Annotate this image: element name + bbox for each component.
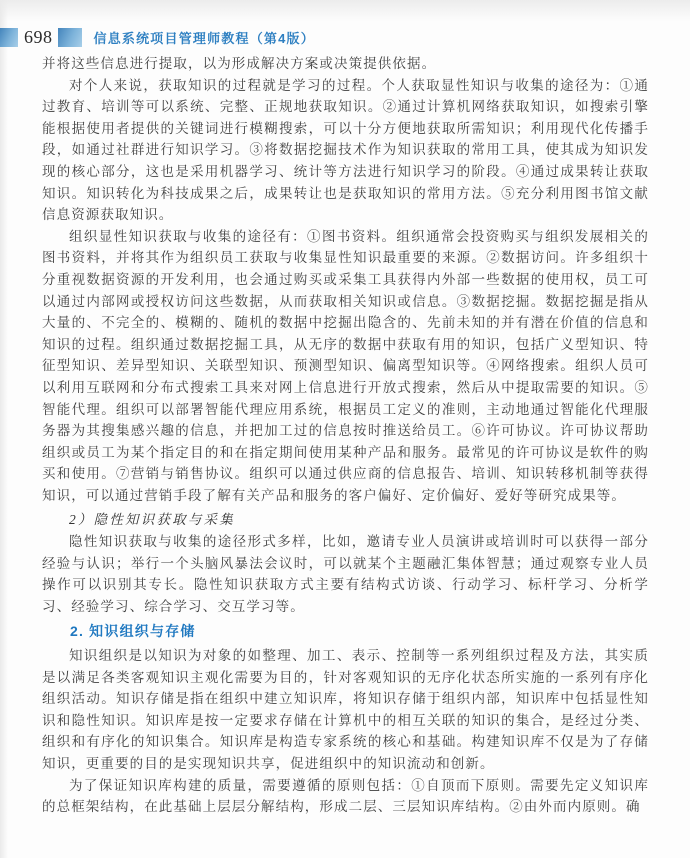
page-number: 698 — [18, 28, 58, 47]
subsection-heading-tacit-knowledge-acquisition: 2）隐性知识获取与采集 — [42, 509, 649, 531]
paragraph-knowledge-organization-definition: 知识组织是以知识为对象的如整理、加工、表示、控制等一系列组织过程及方法，其实质是… — [42, 645, 649, 775]
paragraph-org-explicit-knowledge-channels: 组织显性知识获取与收集的途径有：①图书资料。组织通常会投资购买与组织发展相关的图… — [42, 226, 649, 507]
book-page: 698 信息系统项目管理师教程（第4版） 并将这些信息进行提取，以为形成解决方案… — [0, 0, 690, 858]
paragraph-knowledge-base-principles: 为了保证知识库构建的质量，需要遵循的原则包括：①自顶而下原则。需要先定义知识库的… — [42, 775, 649, 818]
page-header: 698 信息系统项目管理师教程（第4版） — [0, 28, 315, 47]
scan-edge-left — [0, 0, 8, 858]
book-title: 信息系统项目管理师教程（第4版） — [94, 28, 315, 47]
paragraph-personal-knowledge-acquisition: 对个人来说，获取知识的过程就是学习的过程。个人获取显性知识与收集的途径为：①通过… — [42, 75, 649, 226]
section-heading-knowledge-organization-storage: 2. 知识组织与存储 — [42, 621, 649, 643]
header-accent-block-right — [58, 28, 82, 47]
header-accent-block-left — [0, 28, 18, 47]
scan-edge-top — [0, 0, 690, 22]
paragraph-continuation: 并将这些信息进行提取，以为形成解决方案或决策提供依据。 — [42, 53, 649, 75]
paragraph-tacit-knowledge-methods: 隐性知识获取与收集的途径形式多样，比如，邀请专业人员演讲或培训时可以获得一部分经… — [42, 531, 649, 617]
page-content: 并将这些信息进行提取，以为形成解决方案或决策提供依据。 对个人来说，获取知识的过… — [42, 53, 649, 818]
